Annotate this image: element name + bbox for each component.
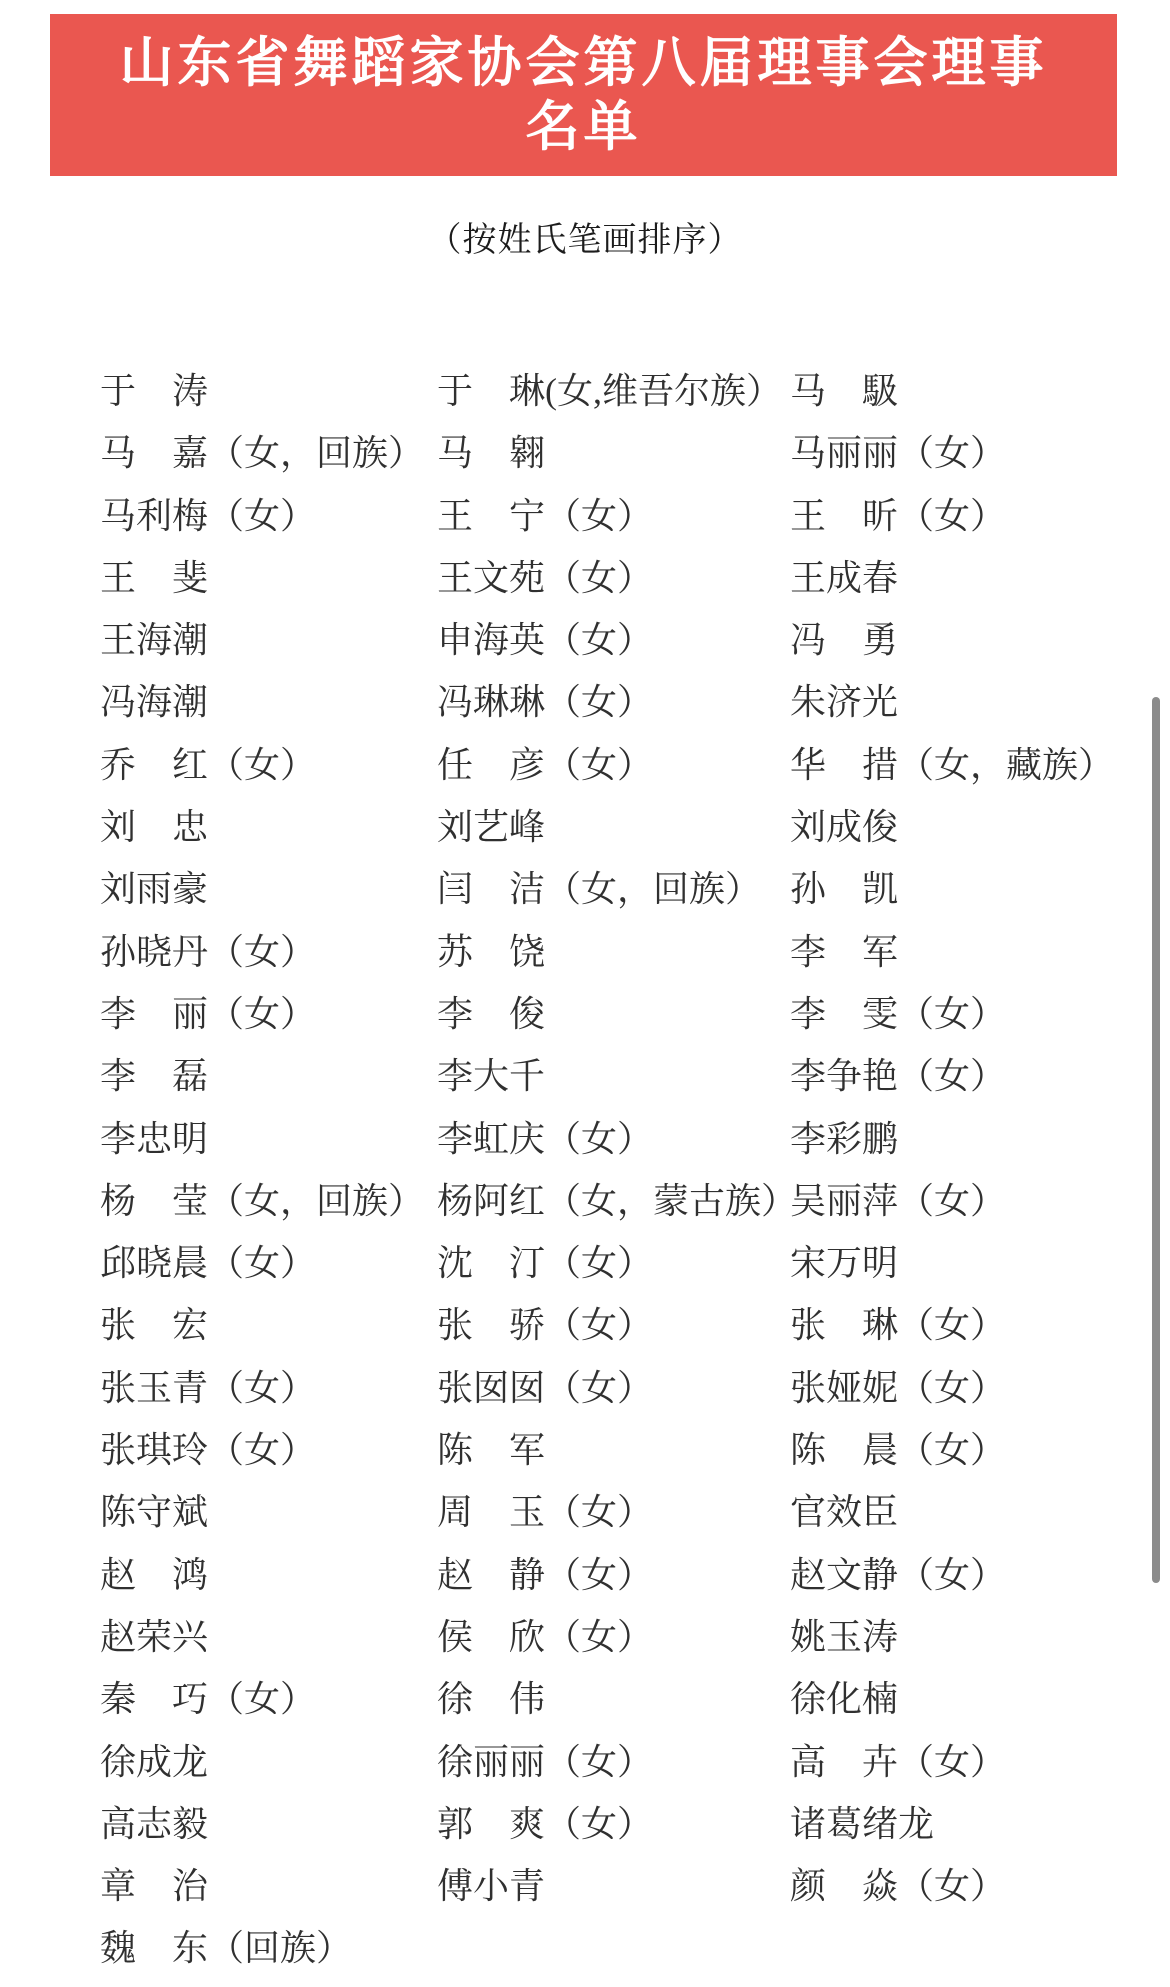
- roster-name: 李 军: [790, 921, 898, 983]
- roster-name: 王 昕（女）: [790, 485, 1006, 547]
- roster-name: 陈 军: [437, 1419, 545, 1481]
- roster-row: 张 宏张 骄（女）张 琳（女）: [0, 1294, 1170, 1356]
- roster-row: 魏 东（回族）: [0, 1917, 1170, 1979]
- roster-name: 姚玉涛: [790, 1606, 898, 1668]
- roster-row: 章 治傅小青颜 焱（女）: [0, 1855, 1170, 1917]
- roster-name: 乔 红（女）: [100, 734, 316, 796]
- roster-name: 邱晓晨（女）: [100, 1232, 316, 1294]
- roster-name: 徐丽丽（女）: [437, 1731, 653, 1793]
- roster-name: 张 琳（女）: [790, 1294, 1006, 1356]
- roster-name: 杨 莹（女，回族）: [100, 1170, 424, 1232]
- roster-row: 刘雨豪闫 洁（女，回族）孙 凯: [0, 858, 1170, 920]
- roster-name: 章 治: [100, 1855, 208, 1917]
- roster-name: 华 措（女，藏族）: [790, 734, 1114, 796]
- roster-row: 张玉青（女）张囡囡（女）张娅妮（女）: [0, 1357, 1170, 1419]
- roster-name: 赵荣兴: [100, 1606, 208, 1668]
- roster-name: 马利梅（女）: [100, 485, 316, 547]
- roster-name: 刘艺峰: [437, 796, 545, 858]
- roster-name: 郭 爽（女）: [437, 1793, 653, 1855]
- roster-name: 马丽丽（女）: [790, 422, 1006, 484]
- roster-row: 王海潮申海英（女）冯 勇: [0, 609, 1170, 671]
- roster-row: 于 涛于 琳(女,维吾尔族）马 馺: [0, 360, 1170, 422]
- roster-row: 马 嘉（女，回族）马 翱马丽丽（女）: [0, 422, 1170, 484]
- roster-name: 冯 勇: [790, 609, 898, 671]
- roster-name: 闫 洁（女，回族）: [437, 858, 761, 920]
- roster-row: 邱晓晨（女）沈 汀（女）宋万明: [0, 1232, 1170, 1294]
- roster: 于 涛于 琳(女,维吾尔族）马 馺马 嘉（女，回族）马 翱马丽丽（女）马利梅（女…: [0, 360, 1170, 1980]
- page-title: 山东省舞蹈家协会第八届理事会理事名单: [111, 31, 1056, 159]
- roster-name: 王成春: [790, 547, 898, 609]
- roster-name: 李 雯（女）: [790, 983, 1006, 1045]
- roster-name: 颜 焱（女）: [790, 1855, 1006, 1917]
- sort-order-note: （按姓氏笔画排序）: [0, 218, 1170, 262]
- roster-row: 陈守斌周 玉（女）官效臣: [0, 1481, 1170, 1543]
- roster-name: 陈 晨（女）: [790, 1419, 1006, 1481]
- roster-name: 侯 欣（女）: [437, 1606, 653, 1668]
- roster-row: 赵荣兴侯 欣（女）姚玉涛: [0, 1606, 1170, 1668]
- roster-name: 冯海潮: [100, 671, 208, 733]
- roster-row: 杨 莹（女，回族）杨阿红（女，蒙古族）吴丽萍（女）: [0, 1170, 1170, 1232]
- roster-row: 张琪玲（女）陈 军陈 晨（女）: [0, 1419, 1170, 1481]
- roster-name: 诸葛绪龙: [790, 1793, 934, 1855]
- roster-name: 周 玉（女）: [437, 1481, 653, 1543]
- roster-name: 吴丽萍（女）: [790, 1170, 1006, 1232]
- roster-row: 秦 巧（女）徐 伟徐化楠: [0, 1668, 1170, 1730]
- roster-name: 王 宁（女）: [437, 485, 653, 547]
- roster-name: 马 嘉（女，回族）: [100, 422, 424, 484]
- roster-row: 冯海潮冯琳琳（女）朱济光: [0, 671, 1170, 733]
- roster-name: 李 丽（女）: [100, 983, 316, 1045]
- vertical-scrollbar-thumb[interactable]: [1152, 697, 1160, 1583]
- roster-name: 高 卉（女）: [790, 1731, 1006, 1793]
- roster-name: 张娅妮（女）: [790, 1357, 1006, 1419]
- roster-name: 徐成龙: [100, 1731, 208, 1793]
- roster-name: 张玉青（女）: [100, 1357, 316, 1419]
- roster-row: 李 丽（女）李 俊李 雯（女）: [0, 983, 1170, 1045]
- roster-name: 李忠明: [100, 1108, 208, 1170]
- title-banner: 山东省舞蹈家协会第八届理事会理事名单: [50, 14, 1117, 176]
- roster-name: 孙 凯: [790, 858, 898, 920]
- roster-name: 徐 伟: [437, 1668, 545, 1730]
- roster-row: 高志毅郭 爽（女）诸葛绪龙: [0, 1793, 1170, 1855]
- roster-name: 李 磊: [100, 1045, 208, 1107]
- roster-name: 李争艳（女）: [790, 1045, 1006, 1107]
- roster-name: 张 宏: [100, 1294, 208, 1356]
- roster-name: 刘成俊: [790, 796, 898, 858]
- roster-row: 孙晓丹（女）苏 饶李 军: [0, 921, 1170, 983]
- roster-row: 王 斐王文苑（女）王成春: [0, 547, 1170, 609]
- roster-name: 于 琳(女,维吾尔族）: [437, 360, 782, 422]
- roster-name: 王 斐: [100, 547, 208, 609]
- roster-name: 陈守斌: [100, 1481, 208, 1543]
- roster-row: 乔 红（女）任 彦（女）华 措（女，藏族）: [0, 734, 1170, 796]
- roster-name: 张囡囡（女）: [437, 1357, 653, 1419]
- roster-name: 徐化楠: [790, 1668, 898, 1730]
- roster-name: 王文苑（女）: [437, 547, 653, 609]
- roster-row: 赵 鸿赵 静（女）赵文静（女）: [0, 1544, 1170, 1606]
- roster-name: 赵 鸿: [100, 1544, 208, 1606]
- roster-name: 宋万明: [790, 1232, 898, 1294]
- roster-name: 魏 东（回族）: [100, 1917, 352, 1979]
- roster-name: 杨阿红（女，蒙古族）: [437, 1170, 797, 1232]
- roster-name: 张 骄（女）: [437, 1294, 653, 1356]
- roster-name: 朱济光: [790, 671, 898, 733]
- roster-name: 任 彦（女）: [437, 734, 653, 796]
- roster-name: 苏 饶: [437, 921, 545, 983]
- roster-name: 马 翱: [437, 422, 545, 484]
- roster-name: 官效臣: [790, 1481, 898, 1543]
- roster-name: 李大千: [437, 1045, 545, 1107]
- roster-name: 刘雨豪: [100, 858, 208, 920]
- roster-name: 于 涛: [100, 360, 208, 422]
- roster-name: 沈 汀（女）: [437, 1232, 653, 1294]
- roster-name: 赵 静（女）: [437, 1544, 653, 1606]
- roster-name: 申海英（女）: [437, 609, 653, 671]
- roster-row: 马利梅（女）王 宁（女）王 昕（女）: [0, 485, 1170, 547]
- roster-name: 马 馺: [790, 360, 898, 422]
- roster-name: 李虹庆（女）: [437, 1108, 653, 1170]
- roster-row: 徐成龙徐丽丽（女）高 卉（女）: [0, 1731, 1170, 1793]
- roster-name: 王海潮: [100, 609, 208, 671]
- roster-name: 秦 巧（女）: [100, 1668, 316, 1730]
- roster-name: 李彩鹏: [790, 1108, 898, 1170]
- roster-row: 李 磊李大千李争艳（女）: [0, 1045, 1170, 1107]
- roster-name: 傅小青: [437, 1855, 545, 1917]
- roster-name: 张琪玲（女）: [100, 1419, 316, 1481]
- roster-name: 李 俊: [437, 983, 545, 1045]
- roster-name: 孙晓丹（女）: [100, 921, 316, 983]
- roster-name: 高志毅: [100, 1793, 208, 1855]
- roster-name: 冯琳琳（女）: [437, 671, 653, 733]
- roster-row: 刘 忠刘艺峰刘成俊: [0, 796, 1170, 858]
- roster-row: 李忠明李虹庆（女）李彩鹏: [0, 1108, 1170, 1170]
- roster-name: 刘 忠: [100, 796, 208, 858]
- roster-name: 赵文静（女）: [790, 1544, 1006, 1606]
